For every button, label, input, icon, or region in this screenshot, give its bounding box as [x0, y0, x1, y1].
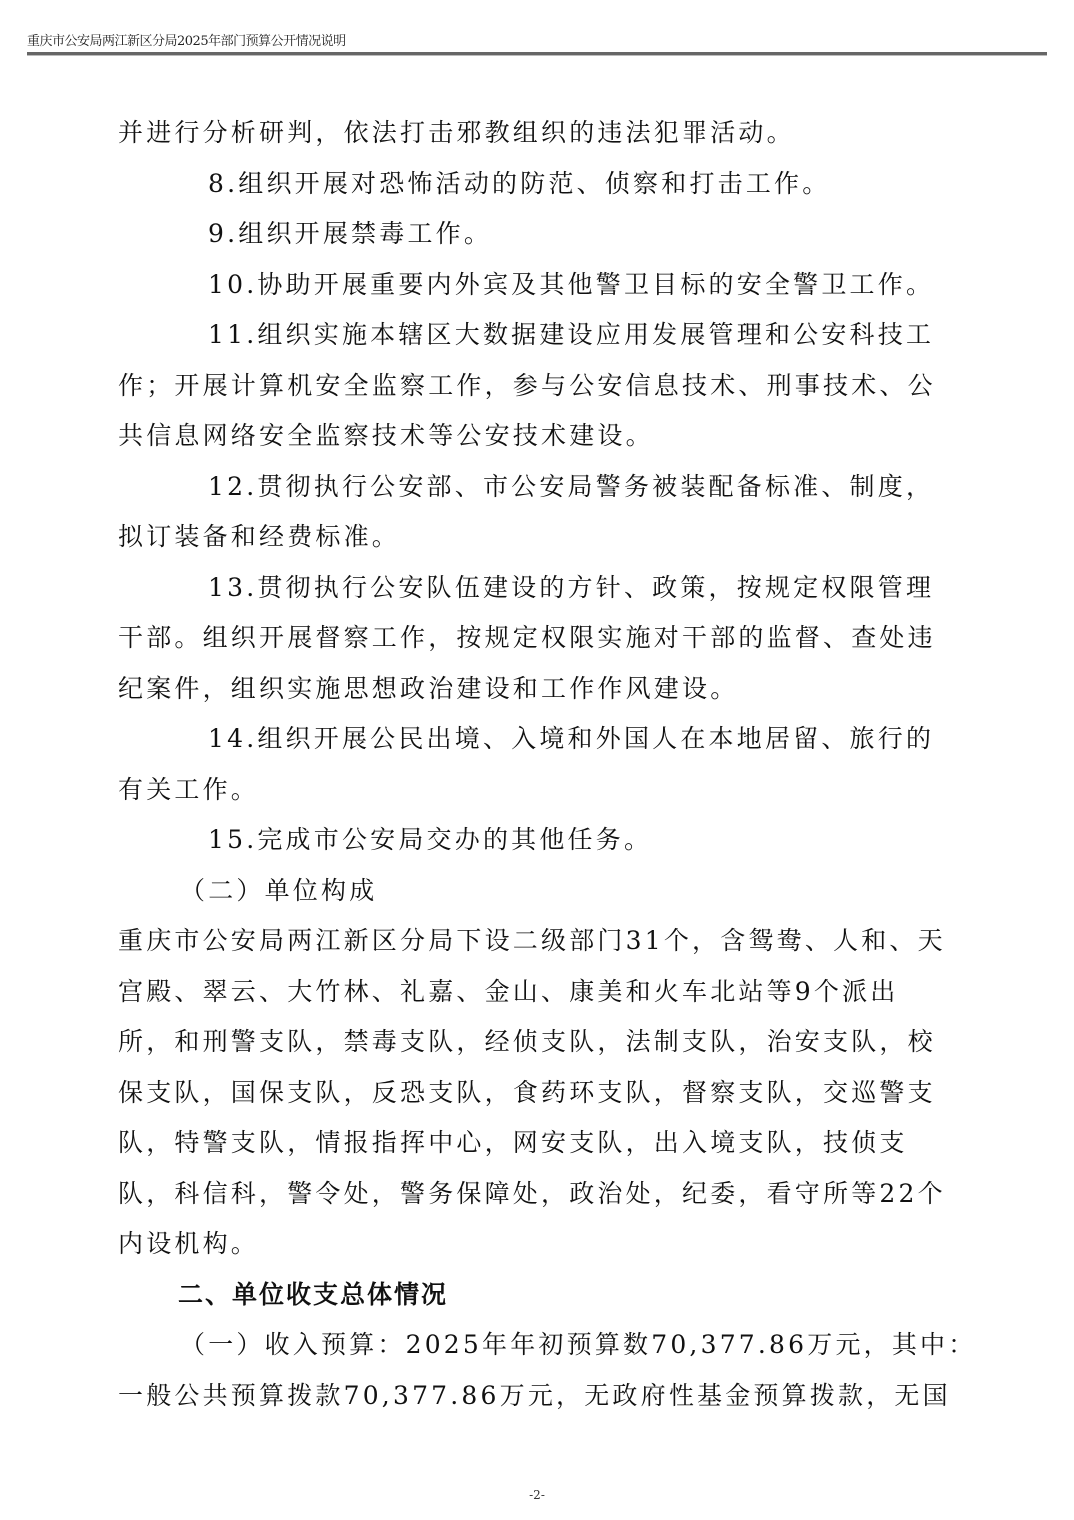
paragraph-line: 保支队，国保支队，反恐支队，食药环支队，督察支队，交巡警支: [118, 1068, 960, 1119]
paragraph-line: 内设机构。: [118, 1219, 960, 1270]
paragraph-line: 11.组织实施本辖区大数据建设应用发展管理和公安科技工: [118, 310, 960, 361]
paragraph-line: 8.组织开展对恐怖活动的防范、侦察和打击工作。: [118, 159, 960, 210]
paragraph-line: 15.完成市公安局交办的其他任务。: [118, 815, 960, 866]
paragraph-line: 13.贯彻执行公安队伍建设的方针、政策，按规定权限管理: [118, 563, 960, 614]
document-body: 并进行分析研判，依法打击邪教组织的违法犯罪活动。 8.组织开展对恐怖活动的防范、…: [118, 108, 960, 1421]
paragraph-line: 所，和刑警支队，禁毒支队，经侦支队，法制支队，治安支队，校: [118, 1017, 960, 1068]
subsection-heading: （一）收入预算：2025年年初预算数70,377.86万元，其中：: [118, 1320, 960, 1371]
paragraph-line: 宫殿、翠云、大竹林、礼嘉、金山、康美和火车北站等9个派出: [118, 967, 960, 1018]
running-header: 重庆市公安局两江新区分局2025年部门预算公开情况说明: [27, 30, 346, 49]
section-heading: 二、单位收支总体情况: [118, 1270, 960, 1321]
paragraph-line: 并进行分析研判，依法打击邪教组织的违法犯罪活动。: [118, 108, 960, 159]
paragraph-line: 9.组织开展禁毒工作。: [118, 209, 960, 260]
paragraph-line: 重庆市公安局两江新区分局下设二级部门31个，含鸳鸯、人和、天: [118, 916, 960, 967]
page-number: -2-: [0, 1488, 1074, 1502]
paragraph-line: 一般公共预算拨款70,377.86万元，无政府性基金预算拨款，无国: [118, 1371, 960, 1422]
paragraph-line: 干部。组织开展督察工作，按规定权限实施对干部的监督、查处违: [118, 613, 960, 664]
paragraph-line: 作；开展计算机安全监察工作，参与公安信息技术、刑事技术、公: [118, 361, 960, 412]
paragraph-line: 10.协助开展重要内外宾及其他警卫目标的安全警卫工作。: [118, 260, 960, 311]
subsection-heading: （二）单位构成: [118, 866, 960, 917]
paragraph-line: 队，特警支队，情报指挥中心，网安支队，出入境支队，技侦支: [118, 1118, 960, 1169]
paragraph-line: 拟订装备和经费标准。: [118, 512, 960, 563]
paragraph-line: 队，科信科，警令处，警务保障处，政治处，纪委，看守所等22个: [118, 1169, 960, 1220]
header-divider: [27, 52, 1047, 56]
paragraph-line: 共信息网络安全监察技术等公安技术建设。: [118, 411, 960, 462]
paragraph-line: 有关工作。: [118, 765, 960, 816]
paragraph-line: 纪案件，组织实施思想政治建设和工作作风建设。: [118, 664, 960, 715]
paragraph-line: 12.贯彻执行公安部、市公安局警务被装配备标准、制度，: [118, 462, 960, 513]
paragraph-line: 14.组织开展公民出境、入境和外国人在本地居留、旅行的: [118, 714, 960, 765]
